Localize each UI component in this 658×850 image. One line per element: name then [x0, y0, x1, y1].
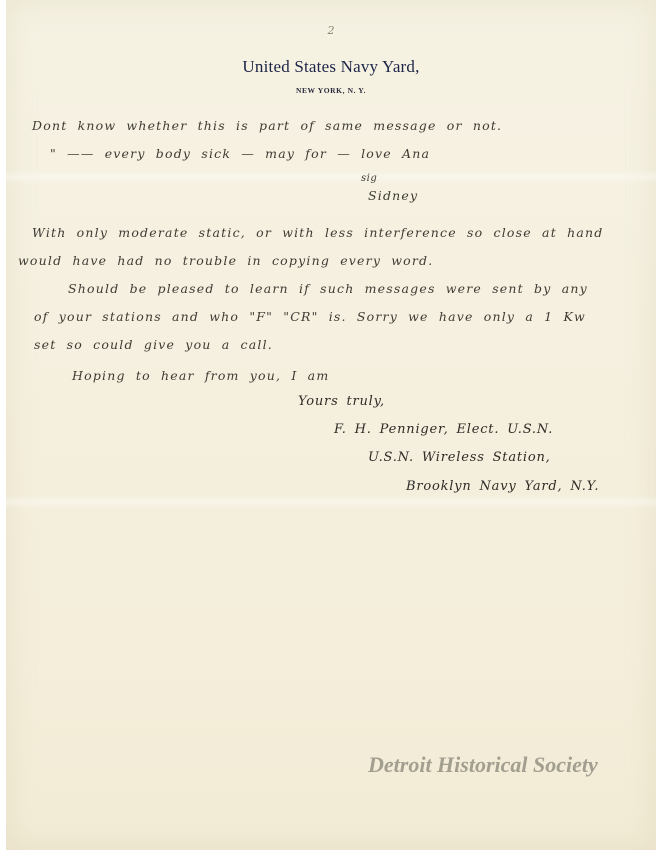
paper-fold-crease [6, 170, 656, 184]
letter-page: 2 United States Navy Yard, NEW YORK, N. … [6, 0, 656, 850]
closing-station: U.S.N. Wireless Station, [368, 450, 551, 465]
body-line: " —— every body sick — may for — love An… [50, 146, 430, 161]
paper-fold-crease [6, 495, 656, 509]
closing-signature: F. H. Penniger, Elect. U.S.N. [334, 422, 553, 437]
watermark: Detroit Historical Society [368, 752, 598, 778]
body-line: Should be pleased to learn if such messa… [68, 281, 588, 296]
body-line-sig-label: sig [361, 173, 377, 184]
closing-salutation: Yours truly, [298, 394, 385, 409]
letterhead-location: NEW YORK, N. Y. [6, 86, 656, 95]
body-line: of your stations and who "F" "CR" is. So… [34, 309, 586, 324]
letterhead-title: United States Navy Yard, [6, 57, 656, 77]
body-line: Hoping to hear from you, I am [72, 368, 329, 383]
body-line: With only moderate static, or with less … [32, 225, 603, 240]
body-line-sender-name: Sidney [368, 188, 418, 203]
body-line: Dont know whether this is part of same m… [32, 118, 502, 133]
closing-address: Brooklyn Navy Yard, N.Y. [406, 479, 599, 494]
body-line: set so could give you a call. [34, 337, 273, 352]
body-line: would have had no trouble in copying eve… [18, 253, 433, 268]
page-number: 2 [6, 24, 656, 37]
